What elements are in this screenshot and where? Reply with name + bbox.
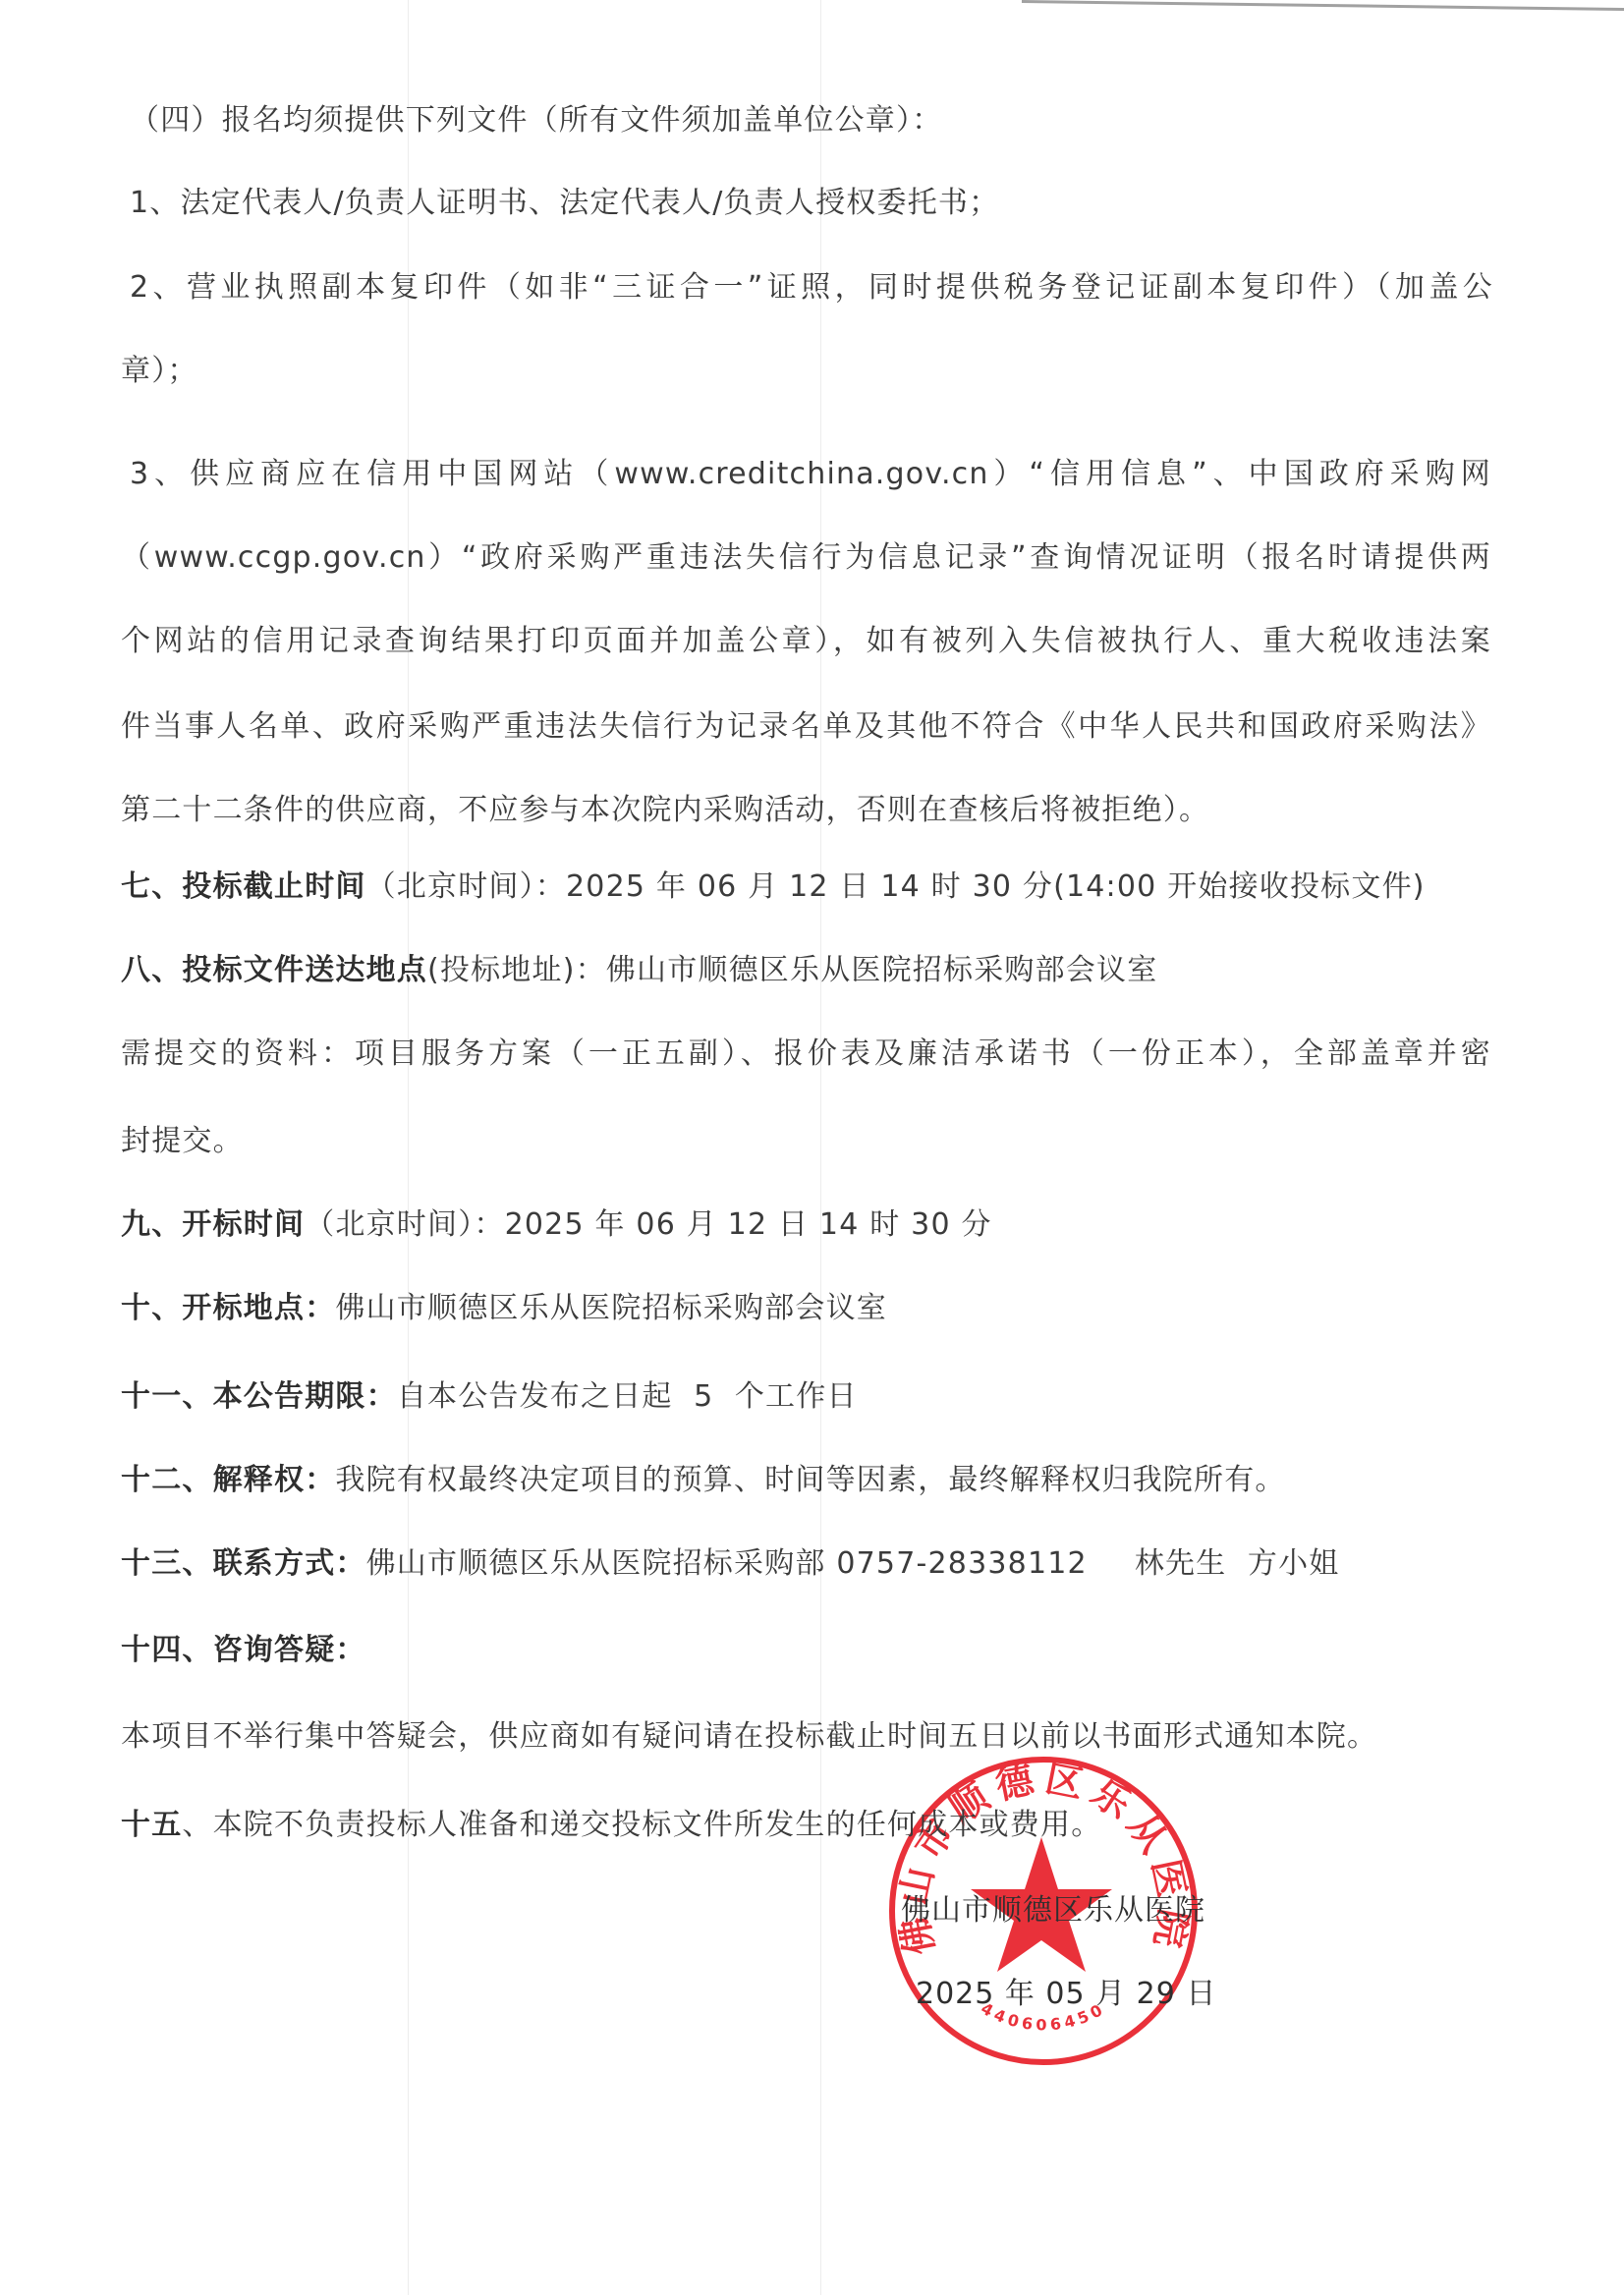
section-4-item-2-cont: 章）；: [121, 352, 198, 391]
section-8-location: 八、投标文件送达地点(投标地址)：佛山市顺德区乐从医院招标采购部会议室: [121, 951, 1157, 990]
section-10-label: 十、开标地点：: [121, 1291, 335, 1325]
section-4-item-3-line: 件当事人名单、政府采购严重违法失信行为记录名单及其他不符合《中华人民共和国政府采…: [121, 707, 1491, 747]
section-7-label: 七、投标截止时间: [121, 869, 366, 904]
section-14-label: 十四、咨询答疑：: [121, 1633, 366, 1667]
fold-line: [820, 0, 821, 2295]
section-9-opening-time: 九、开标时间（北京时间）：2025 年 06 月 12 日 14 时 30 分: [121, 1205, 992, 1245]
section-15-label: 十五: [121, 1808, 182, 1842]
section-14-text: 本项目不举行集中答疑会，供应商如有疑问请在投标截止时间五日以前以书面形式通知本院…: [121, 1717, 1377, 1757]
section-9-text: （北京时间）：2025 年 06 月 12 日 14 时 30 分: [305, 1207, 991, 1242]
section-4-item-1: 1、法定代表人/负责人证明书、法定代表人/负责人授权委托书；: [130, 184, 999, 223]
scan-edge: [1022, 0, 1624, 11]
section-11-text: 自本公告发布之日起 5 个工作日: [397, 1379, 858, 1414]
section-4-item-2: 2、营业执照副本复印件（如非“三证合一”证照，同时提供税务登记证副本复印件）（加…: [130, 268, 1493, 308]
fold-line: [408, 0, 409, 2295]
section-9-label: 九、开标时间: [121, 1207, 305, 1242]
section-8-text: (投标地址)：佛山市顺德区乐从医院招标采购部会议室: [427, 953, 1157, 987]
signature-organization: 佛山市顺德区乐从医院: [901, 1891, 1205, 1931]
signature-date: 2025 年 05 月 29 日: [916, 1975, 1216, 2014]
section-13-label: 十三、联系方式：: [121, 1546, 366, 1581]
section-4-item-3-line: 第二十二条件的供应商，不应参与本次院内采购活动，否则在查核后将被拒绝）。: [121, 791, 1209, 830]
section-13-text: 佛山市顺德区乐从医院招标采购部 0757-28338112: [366, 1546, 1088, 1581]
section-10-text: 佛山市顺德区乐从医院招标采购部会议室: [335, 1291, 887, 1325]
section-8-materials: 需提交的资料：项目服务方案（一正五副）、报价表及廉洁承诺书（一份正本），全部盖章…: [121, 1035, 1491, 1074]
section-7-text: （北京时间）：2025 年 06 月 12 日 14 时 30 分(14:00 …: [366, 869, 1426, 904]
section-12-interpretation: 十二、解释权：我院有权最终决定项目的预算、时间等因素，最终解释权归我院所有。: [121, 1461, 1286, 1500]
section-4-item-3-line: （www.ccgp.gov.cn）“政府采购严重违法失信行为信息记录”查询情况证…: [121, 538, 1491, 578]
section-11-label: 十一、本公告期限：: [121, 1379, 397, 1414]
section-15-disclaimer: 十五、本院不负责投标人准备和递交投标文件所发生的任何成本或费用。: [121, 1806, 1101, 1845]
section-7-deadline: 七、投标截止时间（北京时间）：2025 年 06 月 12 日 14 时 30 …: [121, 868, 1426, 907]
section-15-text: 、本院不负责投标人准备和递交投标文件所发生的任何成本或费用。: [182, 1808, 1101, 1842]
section-4-heading: （四）报名均须提供下列文件（所有文件须加盖单位公章）：: [130, 101, 942, 140]
section-4-item-3-line: 个网站的信用记录查询结果打印页面并加盖公章），如有被列入失信被执行人、重大税收违…: [121, 622, 1491, 661]
section-10-opening-location: 十、开标地点：佛山市顺德区乐从医院招标采购部会议室: [121, 1289, 887, 1328]
section-14-qa: 十四、咨询答疑：: [121, 1631, 366, 1670]
section-11-period: 十一、本公告期限：自本公告发布之日起 5 个工作日: [121, 1377, 858, 1417]
section-13-contact: 十三、联系方式：佛山市顺德区乐从医院招标采购部 0757-28338112林先生…: [121, 1544, 1340, 1584]
section-4-item-3-line: 3、供应商应在信用中国网站（www.creditchina.gov.cn）“信用…: [130, 455, 1491, 494]
section-13-contacts: 林先生 方小姐: [1135, 1546, 1340, 1581]
section-12-label: 十二、解释权：: [121, 1463, 335, 1497]
section-12-text: 我院有权最终决定项目的预算、时间等因素，最终解释权归我院所有。: [335, 1463, 1285, 1497]
section-8-label: 八、投标文件送达地点: [121, 953, 427, 987]
section-8-materials-cont: 封提交。: [121, 1122, 244, 1161]
